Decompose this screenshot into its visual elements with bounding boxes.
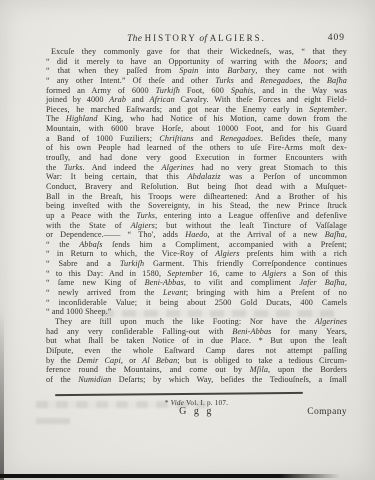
- text-line: Pieces, he marched Eaſtwards; and got ne…: [46, 105, 347, 115]
- text-line: a Band of 1000 Fuziliers; Chriſtians and…: [46, 134, 347, 144]
- text-line: “ to this Day: And in 1580, September 16…: [46, 269, 347, 279]
- text-line: “ any other Intent.” Of theſe and other …: [46, 76, 347, 86]
- text-line: Conduct, Bravery and Reſolution. But bei…: [46, 182, 347, 192]
- text-line: “ inconſiderable Value; it being about 2…: [46, 298, 347, 308]
- text-line: being inveſted with the Sovereignty, in …: [46, 201, 347, 211]
- text-line: of his own People had learned of the oth…: [46, 143, 347, 153]
- text-line: They are ſtill upon much the like Footin…: [46, 317, 347, 327]
- bleed-through-smudge: [36, 418, 70, 424]
- text-line: “ ſame new King of Beni-Abbas, to viſit …: [46, 278, 347, 288]
- running-title-the: The: [127, 34, 142, 44]
- text-line: up a Peace with the Turks, entering into…: [46, 211, 347, 221]
- running-title-algiers: ALGIERS.: [210, 33, 266, 43]
- scan-edge-strip: [0, 474, 340, 478]
- text-line: “ the Abbaſs ſends him a Compliment, acc…: [46, 240, 347, 250]
- text-line: with the State of Algiers; but without t…: [46, 221, 347, 231]
- running-title: The HISTORY of ALGIERS.: [46, 33, 347, 45]
- text-line: but what ſhall be taken Notice of in due…: [46, 336, 347, 346]
- text-line: Excuſe they commonly gave for that their…: [46, 47, 347, 57]
- catchword: Company: [46, 407, 355, 417]
- text-line: War: It being certain, that this Abdalaz…: [46, 172, 347, 182]
- text-line: or Dependence.—— “ Tho', adds Haedo, at …: [46, 230, 347, 240]
- text-line: “ did it merely to have an Opportunity o…: [46, 57, 347, 67]
- text-line: had any very conſiderable Falling-out wi…: [46, 327, 347, 337]
- text-line: The Highland King, who had Notice of his…: [46, 114, 347, 124]
- text-line: joined by 4000 Arab and African Cavalry.…: [46, 95, 347, 105]
- text-line: the Turks. And indeed the Algerines had …: [46, 163, 347, 173]
- text-line: of the Numidian Deſarts; by which Way, b…: [46, 375, 347, 385]
- text-line: ference round the Mountains, and come ou…: [46, 365, 347, 375]
- text-line: “ and 1000 Sheep.”: [46, 307, 347, 317]
- text-line: trouſly, and had done very good Executio…: [46, 153, 347, 163]
- running-title-of: of: [199, 34, 207, 44]
- text-line: by the Demir Capi, or Al Beban; but is o…: [46, 356, 347, 366]
- body-text: Excuſe they commonly gave for that their…: [46, 47, 347, 384]
- text-line: “ newly arrived from the Levant; bringin…: [46, 288, 347, 298]
- text-line: “ Sabre and a Turkiſh Garment. This frie…: [46, 259, 347, 269]
- scan-edge-shadow: [0, 310, 4, 480]
- text-line: formed an Army of 6000 Turkiſh Foot, 600…: [46, 86, 347, 96]
- running-title-history: HISTORY: [145, 33, 197, 43]
- footnote-rule: [55, 392, 303, 396]
- text-line: Ball in the Breaſt, his Troops were diſh…: [46, 192, 347, 202]
- text-line: Mountain, with 6000 brave Horſe, about 1…: [46, 124, 347, 134]
- book-page-scan: The HISTORY of ALGIERS. 409 Excuſe they …: [0, 0, 375, 480]
- text-line: “ in Return to which, the Vice-Roy of Al…: [46, 249, 347, 259]
- text-line: Diſpute, even the whole Eaſtward Camp da…: [46, 346, 347, 356]
- text-line: “ that when they paſſed from Spain into …: [46, 66, 347, 76]
- page-number: 409: [328, 33, 345, 43]
